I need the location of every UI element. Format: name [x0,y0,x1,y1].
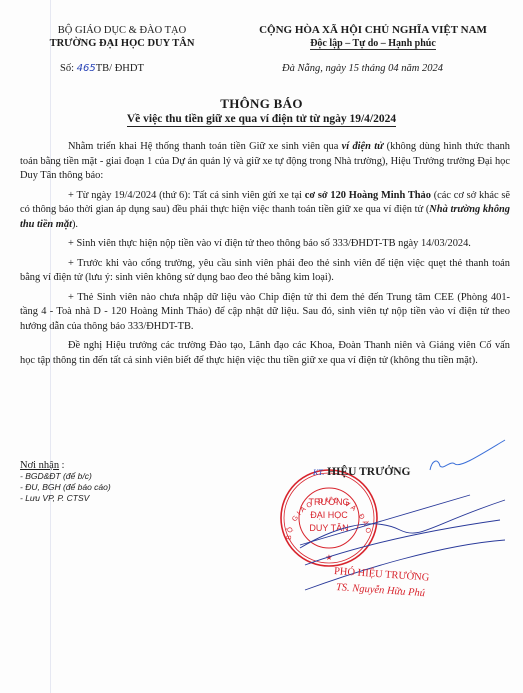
ministry-name: BỘ GIÁO DỤC & ĐÀO TẠO [22,24,222,37]
item-2-paragraph: + Sinh viên thực hiện nộp tiền vào ví đi… [20,237,510,252]
svg-text:ĐẠI HỌC: ĐẠI HỌC [310,510,348,520]
national-motto: Độc lập – Tự do – Hạnh phúc [228,37,518,50]
recipient-item: - Lưu VP, P. CTSV [20,493,111,504]
item-4-paragraph: + Thẻ Sinh viên nào chưa nhập dữ liệu và… [20,291,510,335]
intro-paragraph: Nhằm triển khai Hệ thống thanh toán tiền… [20,140,510,184]
issuer-header: BỘ GIÁO DỤC & ĐÀO TẠO TRƯỜNG ĐẠI HỌC DUY… [22,24,222,50]
recipients-label: Nơi nhận [20,460,59,471]
document-number: Số: 465TB/ ĐHDT [60,63,144,74]
signer-name: TS. Nguyễn Hữu Phú [336,582,426,599]
item-1-paragraph: + Từ ngày 19/4/2024 (thứ 6): Tất cả sinh… [20,189,510,233]
item-3-paragraph: + Trước khi vào cổng trường, yêu cầu sin… [20,257,510,286]
signature-title: KT. HIỆU TRƯỞNG [313,466,410,478]
handwritten-number: 465 [77,63,96,74]
recipients-block: Nơi nhận : - BGD&ĐT (để b/c) - ĐU, BGH (… [20,460,111,504]
document-title: THÔNG BÁO [0,96,523,112]
body-text: Nhằm triển khai Hệ thống thanh toán tiền… [20,140,510,368]
place-date: Đà Nẵng, ngày 15 tháng 04 năm 2024 [282,63,443,74]
republic-name: CỘNG HÒA XÃ HỘI CHỦ NGHĨA VIỆT NAM [228,24,518,37]
national-header: CỘNG HÒA XÃ HỘI CHỦ NGHĨA VIỆT NAM Độc l… [228,24,518,50]
closing-paragraph: Đề nghị Hiệu trưởng các trường Đào tạo, … [20,339,510,368]
svg-text:TRƯỜNG: TRƯỜNG [309,497,350,507]
recipient-item: - ĐU, BGH (để báo cáo) [20,482,111,493]
svg-text:★: ★ [325,553,332,562]
recipient-item: - BGD&ĐT (để b/c) [20,471,111,482]
initials-stroke [430,440,505,470]
svg-text:DUY TÂN: DUY TÂN [309,523,348,533]
school-name: TRƯỜNG ĐẠI HỌC DUY TÂN [22,37,222,50]
document-subtitle: Về việc thu tiền giữ xe qua ví điện tử t… [0,113,523,125]
signer-role: PHÓ HIỆU TRƯỞNG [334,566,430,584]
